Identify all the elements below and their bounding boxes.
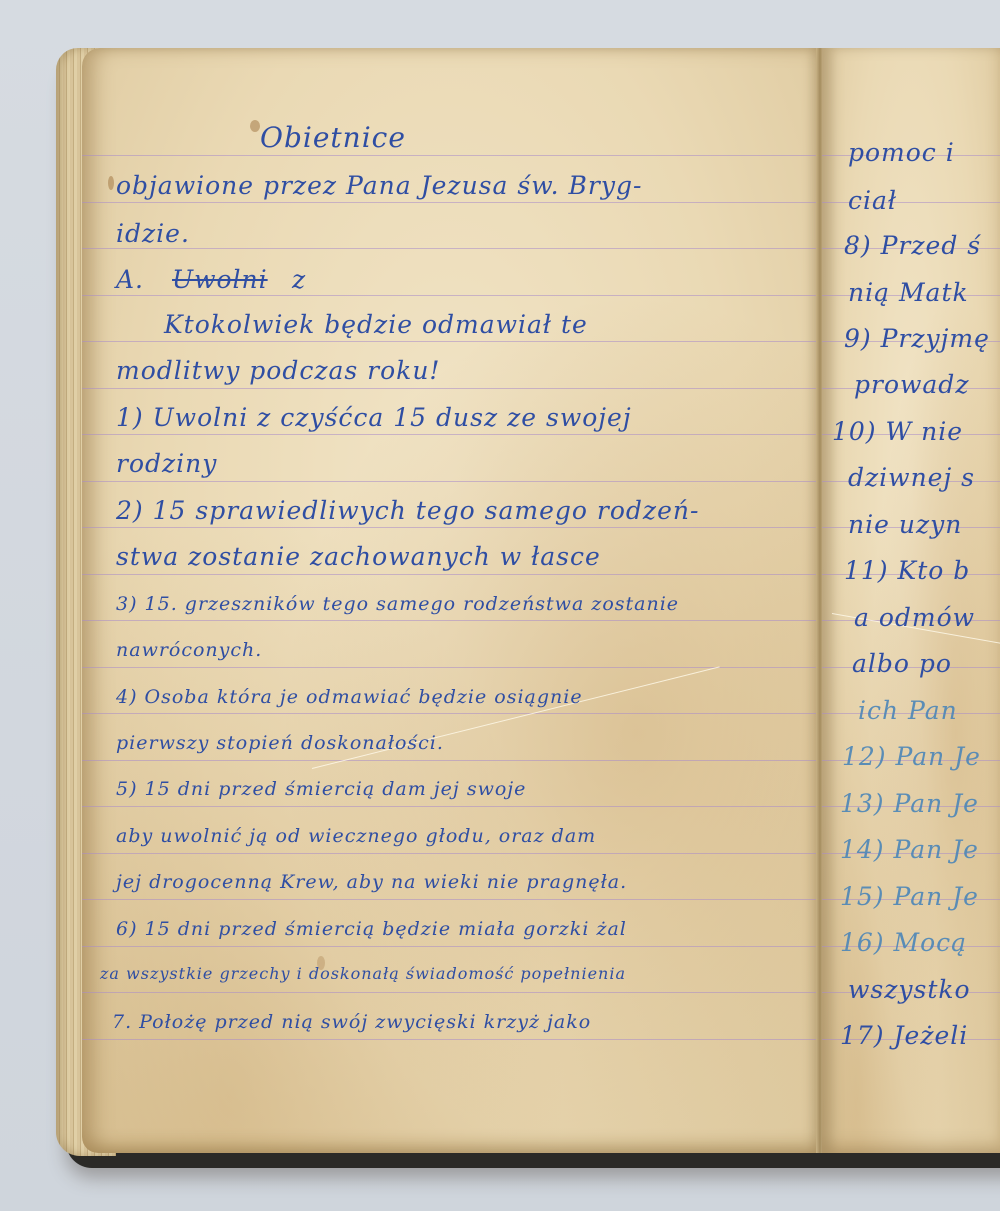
ruled-line xyxy=(82,341,820,342)
text-line: za wszystkie grzechy i doskonałą świadom… xyxy=(100,966,626,982)
promise-5: 5) 15 dni przed śmiercią dam jej swoje xyxy=(116,780,526,799)
ruled-line xyxy=(82,899,820,900)
paper-stain xyxy=(250,120,260,132)
ruled-line xyxy=(82,155,820,156)
text-line: idzie. xyxy=(116,221,190,246)
promise-7: 7. Położę przed nią swój zwycięski krzyż… xyxy=(112,1013,591,1032)
paper-stain xyxy=(108,176,114,190)
page-title: Obietnice xyxy=(260,124,406,152)
ruled-line xyxy=(82,295,820,296)
text-line: objawione przez Pana Jezusa św. Bryg- xyxy=(116,173,642,198)
ruled-line xyxy=(82,760,820,761)
promise-1: 1) Uwolni z czyśćca 15 dusz ze swojej xyxy=(116,405,632,430)
ruled-line xyxy=(82,481,820,482)
text-line: dziwnej s xyxy=(848,465,975,490)
text-line: nią Matk xyxy=(848,280,969,305)
promise-3: 3) 15. grzeszników tego samego rodzeństw… xyxy=(116,595,679,614)
ruled-line xyxy=(82,527,820,528)
ruled-line xyxy=(82,713,820,714)
promise-11: 11) Kto b xyxy=(844,558,970,583)
text-line: ciał xyxy=(848,188,897,213)
text-line: a odmów xyxy=(854,605,975,630)
promise-8: 8) Przed ś xyxy=(844,233,981,258)
text-line: pomoc i xyxy=(848,140,955,165)
promise-13: 13) Pan Je xyxy=(840,791,979,816)
section-label: A. xyxy=(116,267,144,292)
promise-9: 9) Przyjmę xyxy=(844,326,990,351)
text-line: Ktokolwiek będzie odmawiał te xyxy=(164,312,588,337)
text-line: nie uzyn xyxy=(848,512,962,537)
ruled-line xyxy=(82,806,820,807)
text-line: modlitwy podczas roku! xyxy=(116,358,440,383)
text-line: pierwszy stopień doskonałości. xyxy=(116,734,444,753)
ruled-line xyxy=(82,574,820,575)
promise-10: 10) W nie xyxy=(832,419,963,444)
ruled-line xyxy=(82,620,820,621)
right-page: pomoc i ciał 8) Przed ś nią Matk 9) Przy… xyxy=(822,48,1000,1153)
promise-6: 6) 15 dni przed śmiercią będzie miała go… xyxy=(116,920,627,939)
text-line: stwa zostanie zachowanych w łasce xyxy=(116,544,601,569)
text-line: nawróconych. xyxy=(116,641,262,660)
ruled-line xyxy=(82,388,820,389)
ruled-line xyxy=(82,853,820,854)
ruled-line xyxy=(82,202,820,203)
ruled-line xyxy=(82,434,820,435)
promise-17: 17) Jeżeli xyxy=(840,1023,968,1048)
text-line: wszystko xyxy=(848,977,971,1002)
ruled-line xyxy=(82,248,820,249)
text-line: z xyxy=(292,267,306,292)
promise-15: 15) Pan Je xyxy=(840,884,979,909)
ruled-line xyxy=(82,946,820,947)
text-line: jej drogocenną Krew, aby na wieki nie pr… xyxy=(116,873,627,892)
ruled-line xyxy=(82,992,820,993)
promise-14: 14) Pan Je xyxy=(840,837,979,862)
text-line: aby uwolnić ją od wiecznego głodu, oraz … xyxy=(116,827,596,846)
struck-out-word: Uwolni xyxy=(172,267,268,292)
text-line: ich Pan xyxy=(858,698,958,723)
text-line: prowadz xyxy=(854,372,969,397)
promise-4: 4) Osoba która je odmawiać będzie osiągn… xyxy=(116,688,583,707)
text-line: albo po xyxy=(852,651,952,676)
ruled-line xyxy=(82,1039,820,1040)
text-line: rodziny xyxy=(116,451,217,476)
promise-2: 2) 15 sprawiedliwych tego samego rodzeń- xyxy=(116,498,699,523)
promise-12: 12) Pan Je xyxy=(842,744,981,769)
promise-16: 16) Mocą xyxy=(840,930,967,955)
left-page: Obietnice objawione przez Pana Jezusa św… xyxy=(82,48,820,1153)
